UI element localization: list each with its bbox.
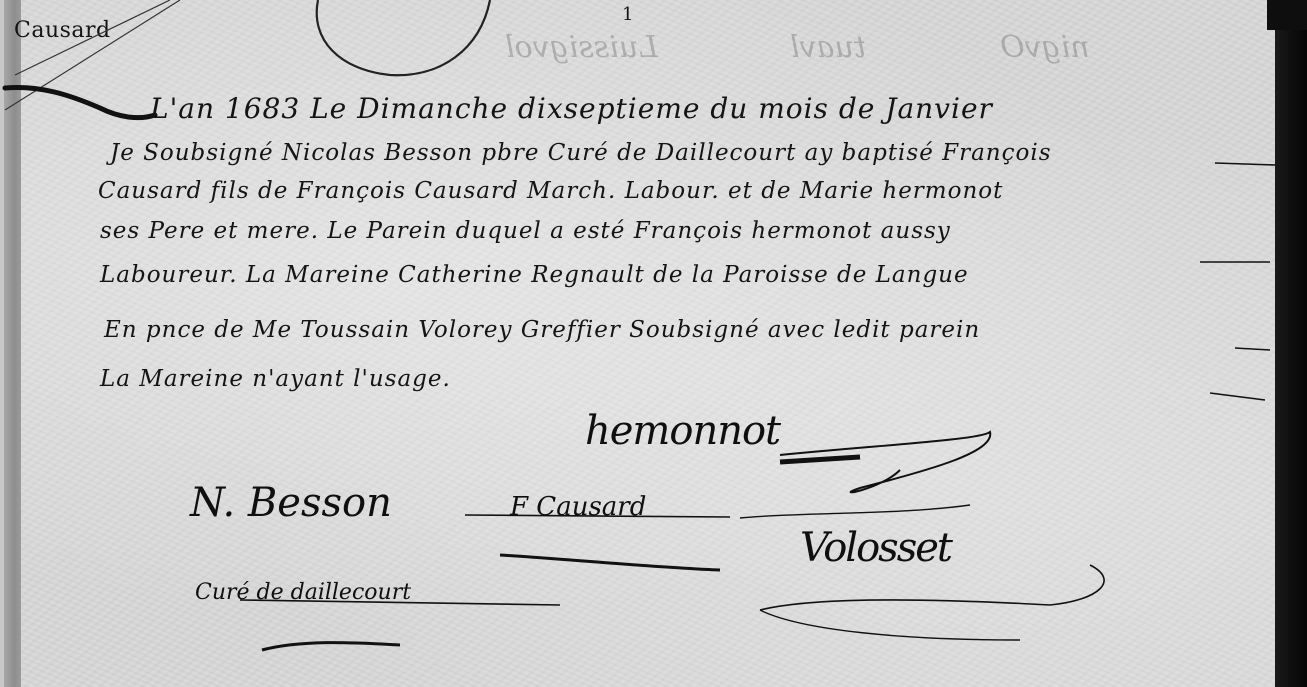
bleed-through-text: Luissigvol — [505, 30, 658, 65]
entry-line: Causard fils de François Causard March. … — [98, 178, 1003, 204]
entry-line-date: L'an 1683 Le Dimanche dixseptieme du moi… — [150, 92, 993, 125]
bleed-through-text: tuavl — [790, 30, 866, 65]
page-right-edge-shadow — [1275, 0, 1307, 687]
signature-godfather: hemonnot — [585, 408, 780, 454]
margin-name: Causard — [14, 18, 111, 43]
register-page: Luissigvol tuavl nigvO 1 Causard L'an 16… — [0, 0, 1307, 687]
signature-clerk: Volosset — [800, 525, 951, 571]
page-corner-shadow — [1267, 0, 1307, 30]
entry-line: Laboureur. La Mareine Catherine Regnault… — [100, 262, 969, 288]
folio-number: 1 — [622, 4, 633, 25]
entry-line: La Mareine n'ayant l'usage. — [100, 366, 451, 392]
bleed-through-text: nigvO — [1000, 30, 1090, 65]
entry-line: En pnce de Me Toussain Volorey Greffier … — [104, 317, 980, 343]
binding-strip — [4, 0, 21, 687]
signature-priest-title: Curé de daillecourt — [195, 580, 411, 605]
signature-priest: N. Besson — [190, 480, 392, 526]
signature-father: F Causard — [510, 492, 646, 522]
entry-line: ses Pere et mere. Le Parein duquel a est… — [100, 218, 951, 244]
entry-line: Je Soubsigné Nicolas Besson pbre Curé de… — [110, 140, 1052, 166]
